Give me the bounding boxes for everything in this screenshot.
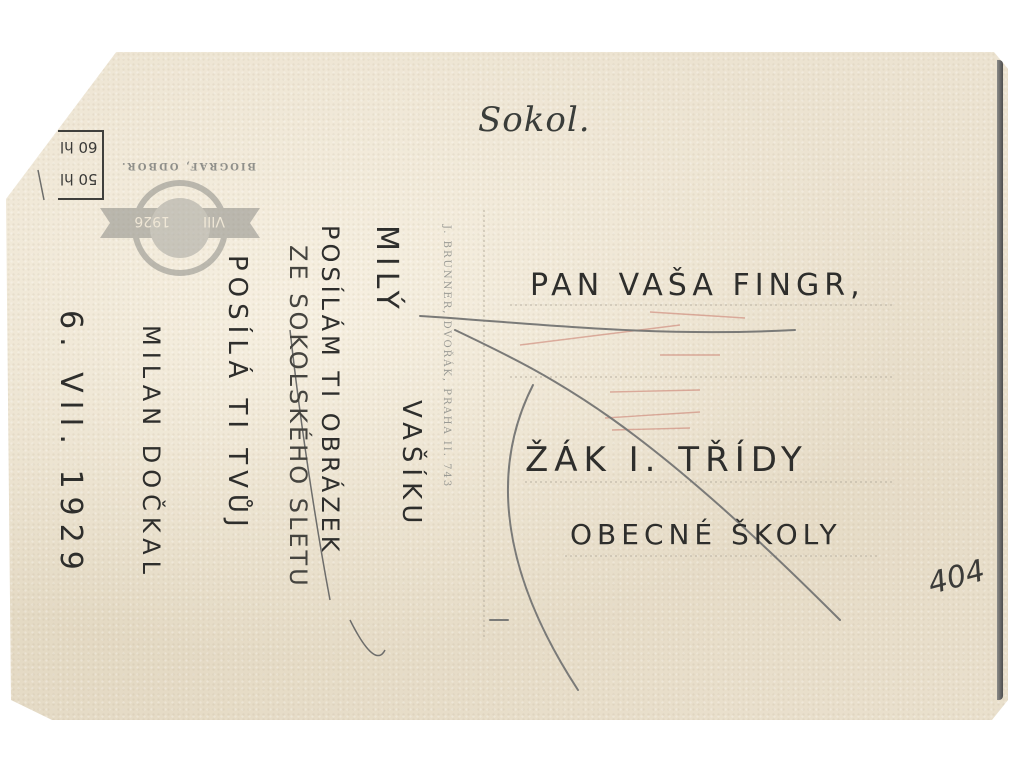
address-school: OBECNÉ ŠKOLY bbox=[570, 518, 842, 551]
svg-text:VIII: VIII bbox=[203, 213, 225, 229]
message-line-posila: POSÍLÁ TI TVŮJ bbox=[222, 255, 252, 533]
sokol-note: Sokol. bbox=[478, 100, 591, 140]
address-class: ŽÁK I. TŘÍDY bbox=[525, 440, 808, 480]
card-edge-shadow bbox=[997, 60, 1003, 700]
message-greeting-mily: MILÝ bbox=[369, 225, 404, 315]
printer-credit: J. BRUNNER, DVOŘÁK, PRAHA II. 743 bbox=[441, 225, 452, 488]
svg-text:1926: 1926 bbox=[134, 213, 170, 229]
price-mark-60: 60 hl bbox=[60, 138, 98, 156]
message-line-posilam: POSÍLÁM TI OBRÁZEK bbox=[316, 225, 344, 556]
message-greeting-vasiku: VAŠÍKU bbox=[396, 400, 426, 529]
signature: MILAN DOČKAL bbox=[137, 325, 165, 580]
message-line-sokolskeho: ZE SOKOLSKÉHO SLETU bbox=[284, 245, 312, 589]
price-mark-50: 50 hl bbox=[60, 170, 98, 188]
address-name: PAN VAŠA FINGR, bbox=[530, 268, 865, 303]
publisher-imprint: BIOGRAF, ODBOR. bbox=[120, 160, 256, 171]
message-date: 6. VII. 1929 bbox=[53, 310, 88, 578]
